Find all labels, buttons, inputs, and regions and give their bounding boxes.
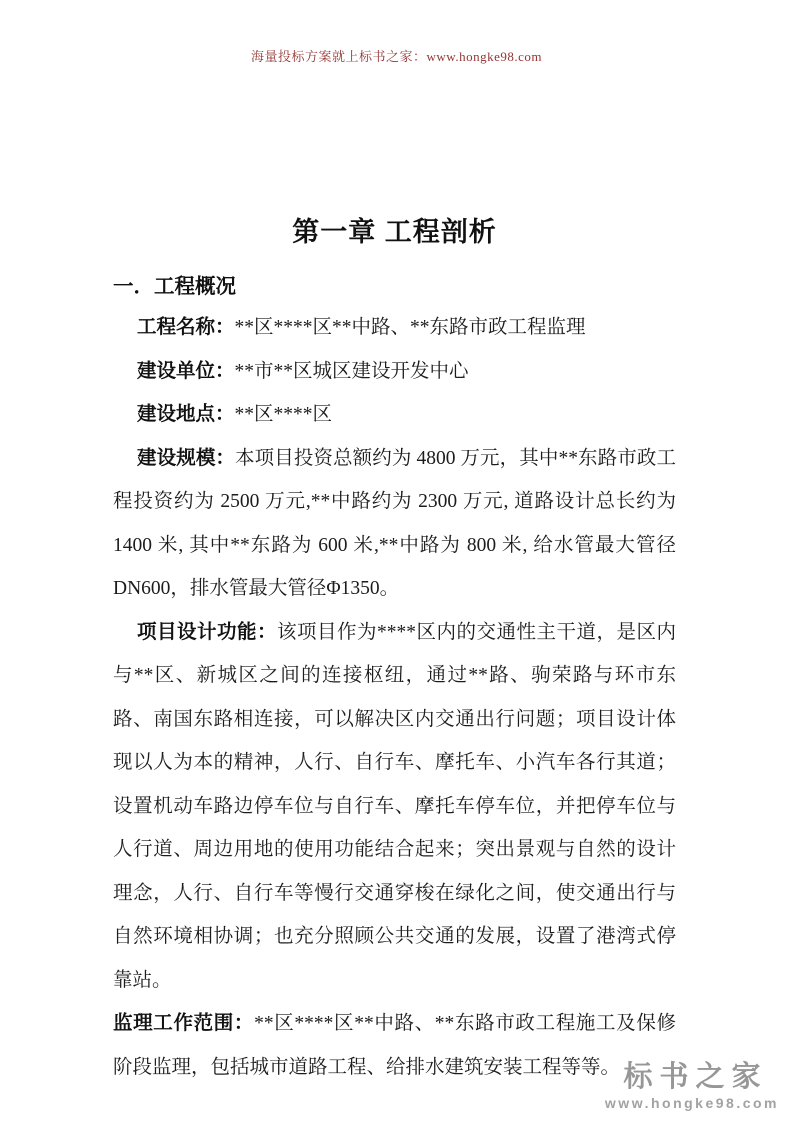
paragraph-construction-unit: 建设单位：**市**区城区建设开发中心 [113, 350, 676, 394]
paragraph-text: 本项目投资总额约为 4800 万元，其中**东路市政工程投资约为 2500 万元… [113, 448, 676, 600]
paragraph-label: 建设单位： [137, 360, 235, 382]
paragraph-label: 建设地点： [137, 403, 235, 425]
paragraph-text: **区****区**中路、**东路市政工程监理 [235, 317, 586, 338]
document-body: 第一章 工程剖析 一．工程概况 工程名称：**区****区**中路、**东路市政… [113, 212, 676, 1089]
section-heading: 一．工程概况 [113, 272, 676, 302]
chapter-title: 第一章 工程剖析 [113, 212, 676, 252]
promo-header-text: 海量投标方案就上标书之家：www.hongke98.com [0, 46, 793, 65]
paragraph-construction-site: 建设地点：**区****区 [113, 393, 676, 437]
paragraph-construction-scale: 建设规模：本项目投资总额约为 4800 万元，其中**东路市政工程投资约为 25… [113, 437, 676, 611]
paragraph-project-name: 工程名称：**区****区**中路、**东路市政工程监理 [113, 306, 676, 350]
paragraph-label: 工程名称： [137, 316, 235, 338]
paragraph-design-function: 项目设计功能：该项目作为****区内的交通性主干道，是区内与**区、新城区之间的… [113, 611, 676, 1003]
paragraph-text: **区****区 [235, 404, 333, 425]
paragraph-label: 项目设计功能： [137, 621, 277, 643]
watermark-brand-logo: 标书之家 [605, 1061, 786, 1093]
paragraph-text: 该项目作为****区内的交通性主干道，是区内与**区、新城区之间的连接枢纽，通过… [113, 622, 676, 991]
paragraph-text: **市**区城区建设开发中心 [235, 361, 469, 382]
document-page: 海量投标方案就上标书之家：www.hongke98.com 第一章 工程剖析 一… [0, 0, 793, 1122]
paragraph-supervision-scope: 监理工作范围：**区****区**中路、**东路市政工程施工及保修阶段监理，包括… [113, 1002, 676, 1089]
paragraph-label: 监理工作范围： [113, 1012, 254, 1034]
site-watermark: 标书之家 www.hongke98.com [605, 1061, 779, 1112]
watermark-url: www.hongke98.com [605, 1095, 779, 1112]
paragraph-label: 建设规模： [137, 447, 235, 469]
